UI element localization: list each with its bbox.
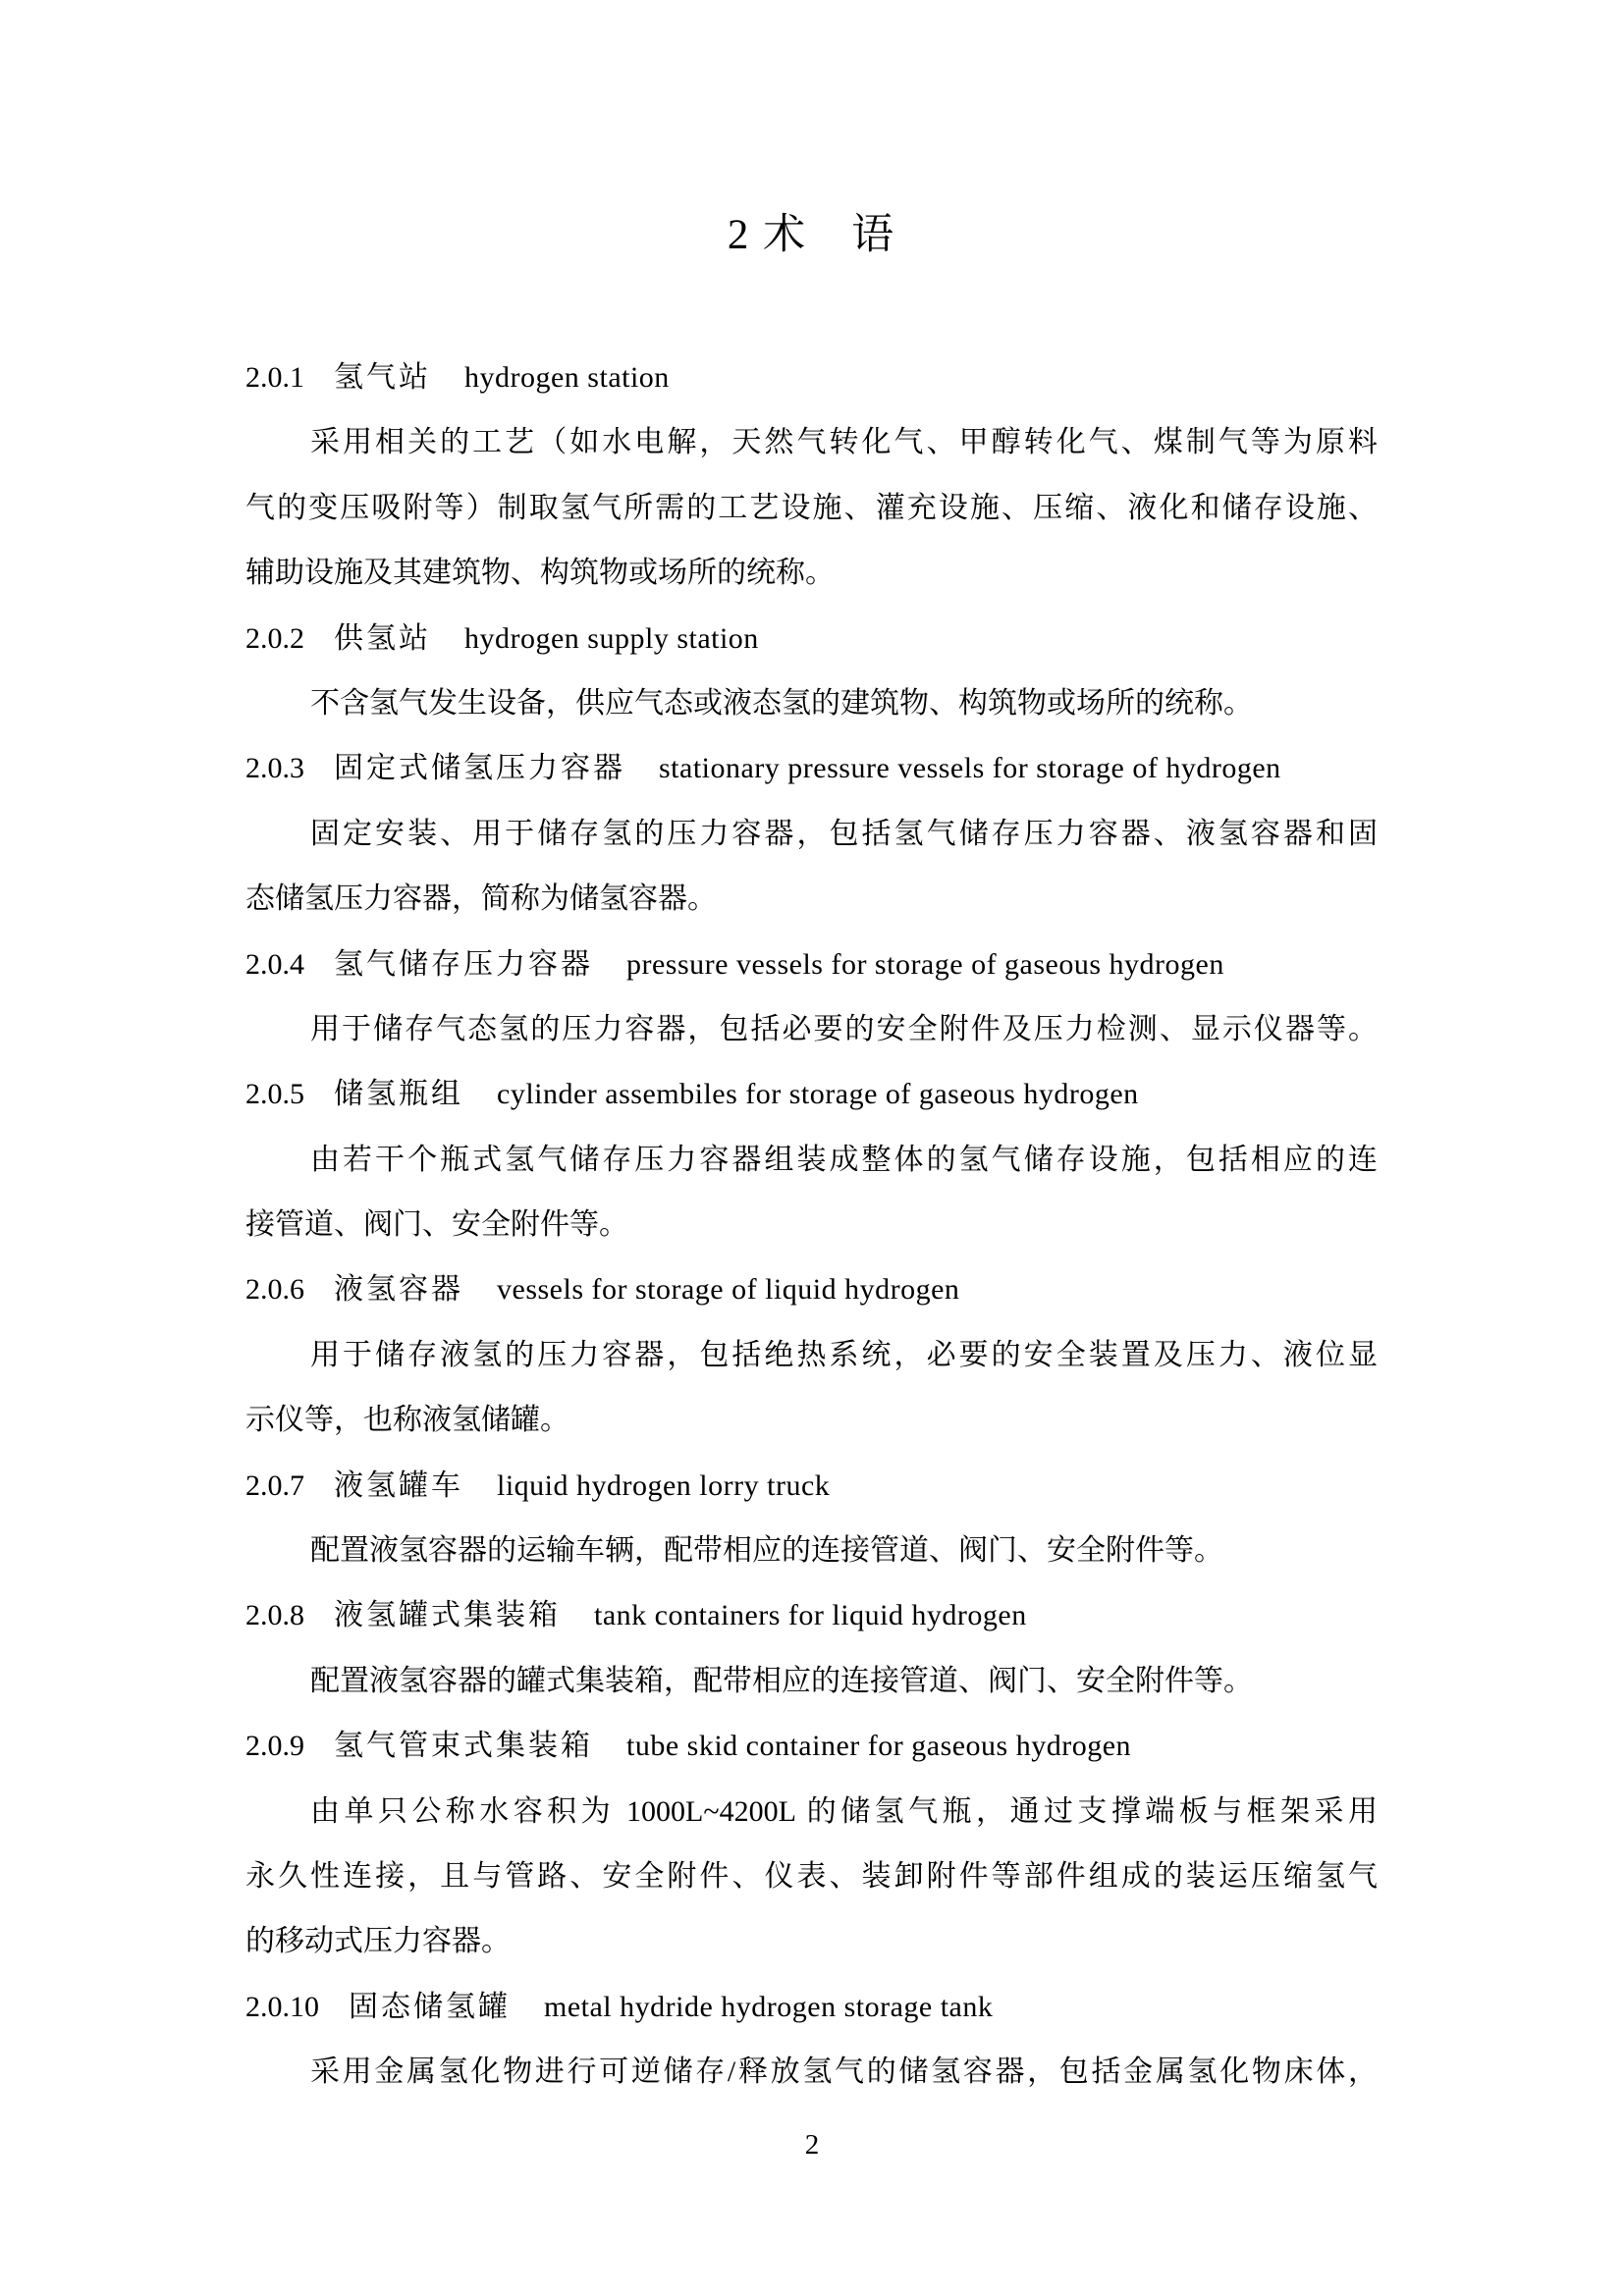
definition-line: 采用相关的工艺（如水电解，天然气转化气、甲醇转化气、煤制气等为原料 <box>245 410 1378 475</box>
term-number: 2.0.7 <box>245 1469 304 1502</box>
definition-line: 气的变压吸附等）制取氢气所需的工艺设施、灌充设施、压缩、液化和储存设施、 <box>245 476 1378 541</box>
term-number: 2.0.4 <box>245 948 304 981</box>
term-number: 2.0.1 <box>245 361 304 394</box>
definition-line: 示仪等，也称液氢储罐。 <box>245 1388 1378 1453</box>
term-heading: 2.0.8液氢罐式集装箱tank containers for liquid h… <box>245 1583 1378 1648</box>
definition-line: 辅助设施及其建筑物、构筑物或场所的统称。 <box>245 541 1378 606</box>
term-name-en: vessels for storage of liquid hydrogen <box>497 1273 959 1306</box>
term-number: 2.0.10 <box>245 1991 319 2023</box>
page-number: 2 <box>0 2128 1624 2162</box>
term-name-zh: 液氢罐式集装箱 <box>334 1599 561 1631</box>
term-name-en: hydrogen supply station <box>464 622 759 655</box>
terms-content: 2.0.1氢气站hydrogen station采用相关的工艺（如水电解，天然气… <box>245 346 1378 2106</box>
term-name-en: liquid hydrogen lorry truck <box>497 1469 830 1502</box>
term-number: 2.0.6 <box>245 1273 304 1306</box>
definition-line: 用于储存液氢的压力容器，包括绝热系统，必要的安全装置及压力、液位显 <box>245 1323 1378 1388</box>
term-name-zh: 储氢瓶组 <box>334 1078 463 1110</box>
term-heading: 2.0.9氢气管束式集装箱tube skid container for gas… <box>245 1714 1378 1779</box>
term-name-en: hydrogen station <box>464 361 670 394</box>
term-heading: 2.0.7液氢罐车liquid hydrogen lorry truck <box>245 1454 1378 1519</box>
term-number: 2.0.5 <box>245 1078 304 1110</box>
term-heading: 2.0.10固态储氢罐metal hydride hydrogen storag… <box>245 1975 1378 2040</box>
definition-line: 配置液氢容器的运输车辆，配带相应的连接管道、阀门、安全附件等。 <box>245 1519 1378 1583</box>
term-name-zh: 固定式储氢压力容器 <box>334 752 625 784</box>
term-name-en: metal hydride hydrogen storage tank <box>544 1991 993 2023</box>
term-name-en: stationary pressure vessels for storage … <box>659 752 1281 784</box>
term-number: 2.0.3 <box>245 752 304 784</box>
definition-line: 配置液氢容器的罐式集装箱，配带相应的连接管道、阀门、安全附件等。 <box>245 1649 1378 1714</box>
definition-line: 接管道、阀门、安全附件等。 <box>245 1193 1378 1257</box>
definition-line: 的移动式压力容器。 <box>245 1909 1378 1974</box>
term-number: 2.0.2 <box>245 622 304 655</box>
definition-line: 采用金属氢化物进行可逆储存/释放氢气的储氢容器，包括金属氢化物床体， <box>245 2040 1378 2105</box>
term-name-zh: 固态储氢罐 <box>349 1991 511 2023</box>
definition-line: 固定安装、用于储存氢的压力容器，包括氢气储存压力容器、液氢容器和固 <box>245 802 1378 867</box>
term-name-zh: 氢气管束式集装箱 <box>334 1730 593 1762</box>
term-name-en: tube skid container for gaseous hydrogen <box>626 1730 1131 1762</box>
term-name-zh: 氢气站 <box>334 361 431 394</box>
term-name-en: pressure vessels for storage of gaseous … <box>626 948 1224 981</box>
term-name-zh: 液氢罐车 <box>334 1469 463 1502</box>
term-heading: 2.0.1氢气站hydrogen station <box>245 346 1378 410</box>
term-name-en: tank containers for liquid hydrogen <box>594 1599 1027 1631</box>
term-number: 2.0.8 <box>245 1599 304 1631</box>
term-name-zh: 供氢站 <box>334 622 431 655</box>
term-heading: 2.0.2供氢站hydrogen supply station <box>245 607 1378 671</box>
term-heading: 2.0.5储氢瓶组cylinder assembiles for storage… <box>245 1062 1378 1127</box>
term-heading: 2.0.4氢气储存压力容器pressure vessels for storag… <box>245 933 1378 997</box>
document-page: { "page": { "title": "2 术 语", "page_numb… <box>0 0 1624 2296</box>
term-name-zh: 液氢容器 <box>334 1273 463 1306</box>
term-heading: 2.0.3固定式储氢压力容器stationary pressure vessel… <box>245 736 1378 801</box>
definition-line: 由单只公称水容积为 1000L~4200L 的储氢气瓶，通过支撑端板与框架采用 <box>245 1780 1378 1844</box>
definition-line: 用于储存气态氢的压力容器，包括必要的安全附件及压力检测、显示仪器等。 <box>245 997 1378 1062</box>
definition-line: 由若干个瓶式氢气储存压力容器组装成整体的氢气储存设施，包括相应的连 <box>245 1128 1378 1193</box>
term-name-zh: 氢气储存压力容器 <box>334 948 593 981</box>
definition-line: 不含氢气发生设备，供应气态或液态氢的建筑物、构筑物或场所的统称。 <box>245 671 1378 736</box>
term-heading: 2.0.6液氢容器vessels for storage of liquid h… <box>245 1257 1378 1322</box>
term-number: 2.0.9 <box>245 1730 304 1762</box>
term-name-en: cylinder assembiles for storage of gaseo… <box>497 1078 1139 1110</box>
definition-line: 态储氢压力容器，简称为储氢容器。 <box>245 867 1378 932</box>
page-title: 2 术 语 <box>245 208 1378 263</box>
definition-line: 永久性连接，且与管路、安全附件、仪表、装卸附件等部件组成的装运压缩氢气 <box>245 1844 1378 1909</box>
